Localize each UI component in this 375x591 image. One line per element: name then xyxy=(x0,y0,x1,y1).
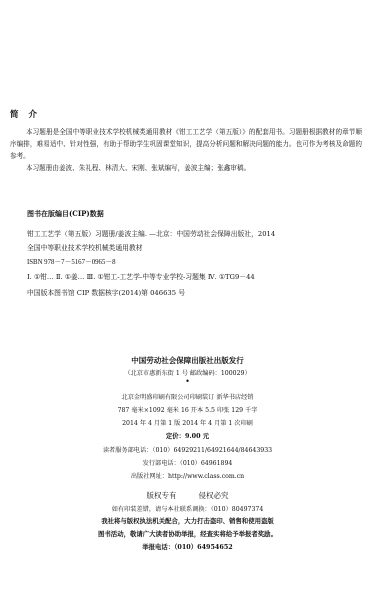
cip-line-isbn: ISBN 978－7－5167－0965－8 xyxy=(27,256,116,266)
cip-title: 图书在版编目(CIP)数据 xyxy=(27,209,104,219)
rights-reserved: 版权专有 xyxy=(147,491,177,500)
copyright-page: 简介 本习题册是全国中等职业技术学校机械类通用教材《钳工工艺学（第五版）》的配套… xyxy=(0,0,375,591)
publisher-website: 出版社网址：http://www.class.com.cn xyxy=(0,471,375,480)
piracy-warning-line-1: 我社将与版权执法机关配合，大力打击盗印、销售和使用盗版 xyxy=(0,516,375,525)
printer-info: 北京金明盛印刷有限公司印刷装订 新华书店经销 xyxy=(0,392,375,401)
intro-paragraph-1: 本习题册是全国中等职业技术学校机械类通用教材《钳工工艺学（第五版）》的配套用书。… xyxy=(10,126,362,162)
cip-line-record-number: 中国版本图书馆 CIP 数据核字(2014)第 046635 号 xyxy=(27,287,185,297)
separator-dot: • xyxy=(0,378,375,386)
intro-heading: 简介 xyxy=(10,108,47,120)
piracy-warning-line-2: 图书活动，敬请广大读者协助举报，经查实将给予举报者奖励。 xyxy=(0,529,375,538)
cip-line-series: 全国中等职业技术学校机械类通用教材 xyxy=(27,242,143,252)
distribution-phone: 发行部电话：（010）64961894 xyxy=(0,458,375,467)
intro-paragraph-2: 本习题册由姜波、朱礼程、林清大、宋刚、张斌编写，姜波主编；张鑫审稿。 xyxy=(10,162,362,174)
cip-line-classification: Ⅰ. ①钳… Ⅱ. ①姜… Ⅲ. ①钳工-工艺学-中等专业学校-习题集 Ⅳ. ①… xyxy=(27,271,255,281)
report-phone: 举报电话：（010）64954652 xyxy=(0,542,375,551)
format-specs: 787 毫米×1092 毫米 16 开本 5.5 印张 129 千字 xyxy=(0,405,375,414)
infringement-notice: 侵权必究 xyxy=(199,491,229,500)
price: 定价：9.00 元 xyxy=(0,431,375,440)
publisher-name: 中国劳动社会保障出版社出版发行 xyxy=(0,355,375,366)
edition-info: 2014 年 4 月第 1 版 2014 年 4 月第 1 次印刷 xyxy=(0,418,375,427)
defect-contact: 如有印装差错，请与本社联系调换：（010）80497374 xyxy=(0,504,375,513)
publisher-address: （北京市惠新东街 1 号 邮政编码：100029） xyxy=(0,368,375,377)
reader-service-phone: 读者服务部电话：（010）64929211/64921644/84643933 xyxy=(0,445,375,454)
copyright-notice: 版权专有侵权必究 xyxy=(0,490,375,501)
cip-line-title: 钳工工艺学（第五版）习题册/姜波主编. —北京：中国劳动社会保障出版社，2014 xyxy=(27,228,275,238)
